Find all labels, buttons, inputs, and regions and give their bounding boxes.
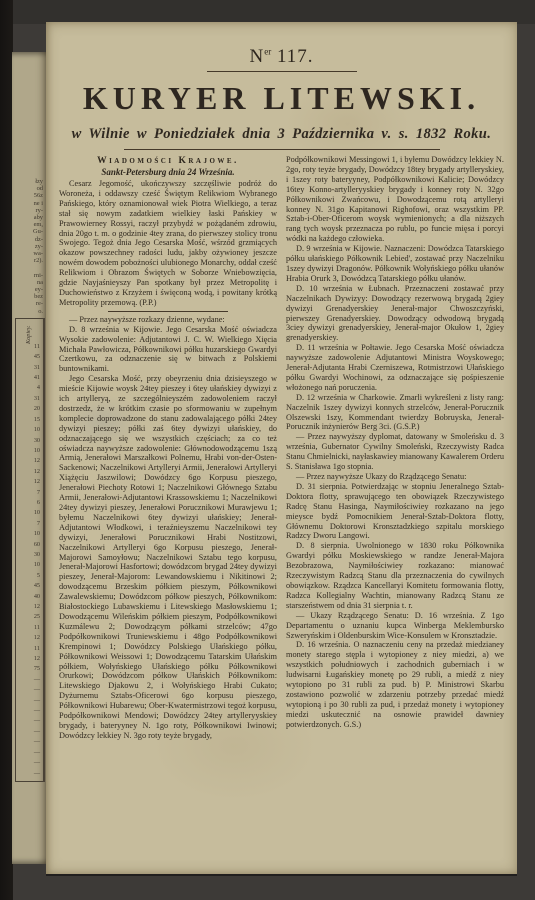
paragraph: Jego Cesarska Mość, przy obeyrzeniu dnia… <box>59 374 277 741</box>
paragraph: D. 9 września w Kijowie. Naznaczeni: Dow… <box>286 244 504 284</box>
issue-abbr-superscript: er <box>264 47 271 57</box>
left-column: Wiadomości Krajowe. Sankt-Petersburg dni… <box>59 155 277 811</box>
paragraph: — Przez naywyższy dyplomat, datowany w S… <box>286 432 504 472</box>
article-columns: Wiadomości Krajowe. Sankt-Petersburg dni… <box>46 150 517 811</box>
scan-background: łzy od 56z ne i ry- aby em, Gu- dz- zy- … <box>0 0 535 900</box>
section-heading: Wiadomości Krajowe. <box>59 156 277 166</box>
paragraph: D. 12 września w Charkowie. Zmarli wykre… <box>286 393 504 433</box>
paragraph-separator-rule <box>108 311 228 312</box>
previous-page-text-fragments: łzy od 56z ne i ry- aby em, Gu- dz- zy- … <box>12 178 46 315</box>
paragraph: D. 8 września w Kijowie. Jego Cesarska M… <box>59 325 277 375</box>
issue-number: Ner 117. <box>46 46 517 68</box>
issue-abbr: N <box>249 46 264 67</box>
newspaper-title: KURYER LITEWSKI. <box>46 80 517 117</box>
right-column: Podpółkownikowi Messingowi 1, i byłemu D… <box>286 155 504 811</box>
paragraph: — Przez naywyższe rozkazy dzienne, wydan… <box>59 315 277 325</box>
paragraph: — Przez naywyższe Ukazy do Rządzącego Se… <box>286 472 504 482</box>
newspaper-page: Ner 117. KURYER LITEWSKI. w Wilnie w Pon… <box>46 22 517 874</box>
section-dateline: Sankt-Petersburg dnia 24 Września. <box>59 167 277 177</box>
paragraph: — Ukazy Rządzącego Senatu: D. 16 wrześni… <box>286 611 504 641</box>
paragraph: D. 16 września. O naznaczeniu ceny na pr… <box>286 640 504 729</box>
paragraph: D. 31 sierpnia. Potwierdzając w stopniu … <box>286 482 504 541</box>
price-table-values: 11 45 31 41 4 31 20 15 10 30 10 12 12 12… <box>17 342 40 779</box>
masthead-dateline: w Wilnie w Poniedziałek dnia 3 Październ… <box>46 126 517 143</box>
paragraph: Cesarz Jegomość, ukończywszy szczęśliwie… <box>59 179 277 308</box>
previous-page-edge: łzy od 56z ne i ry- aby em, Gu- dz- zy- … <box>12 52 46 864</box>
previous-page-price-table: Kopiey. 11 45 31 41 4 31 20 15 10 30 10 … <box>15 318 45 782</box>
paragraph: D. 8 sierpnia. Uwolnionego w 1830 roku P… <box>286 541 504 610</box>
masthead: Ner 117. KURYER LITEWSKI. w Wilnie w Pon… <box>46 22 517 150</box>
issue-number-value: 117. <box>277 46 314 67</box>
paragraph: D. 10 września w Łubnach. Przeznaczeni z… <box>286 284 504 343</box>
masthead-rule-top <box>207 71 357 72</box>
paragraph: Podpółkownikowi Messingowi 1, i byłemu D… <box>286 155 504 244</box>
paragraph: D. 11 września w Połtawie. Jego Cesarska… <box>286 343 504 393</box>
price-table-label: Kopiey. <box>25 321 32 344</box>
